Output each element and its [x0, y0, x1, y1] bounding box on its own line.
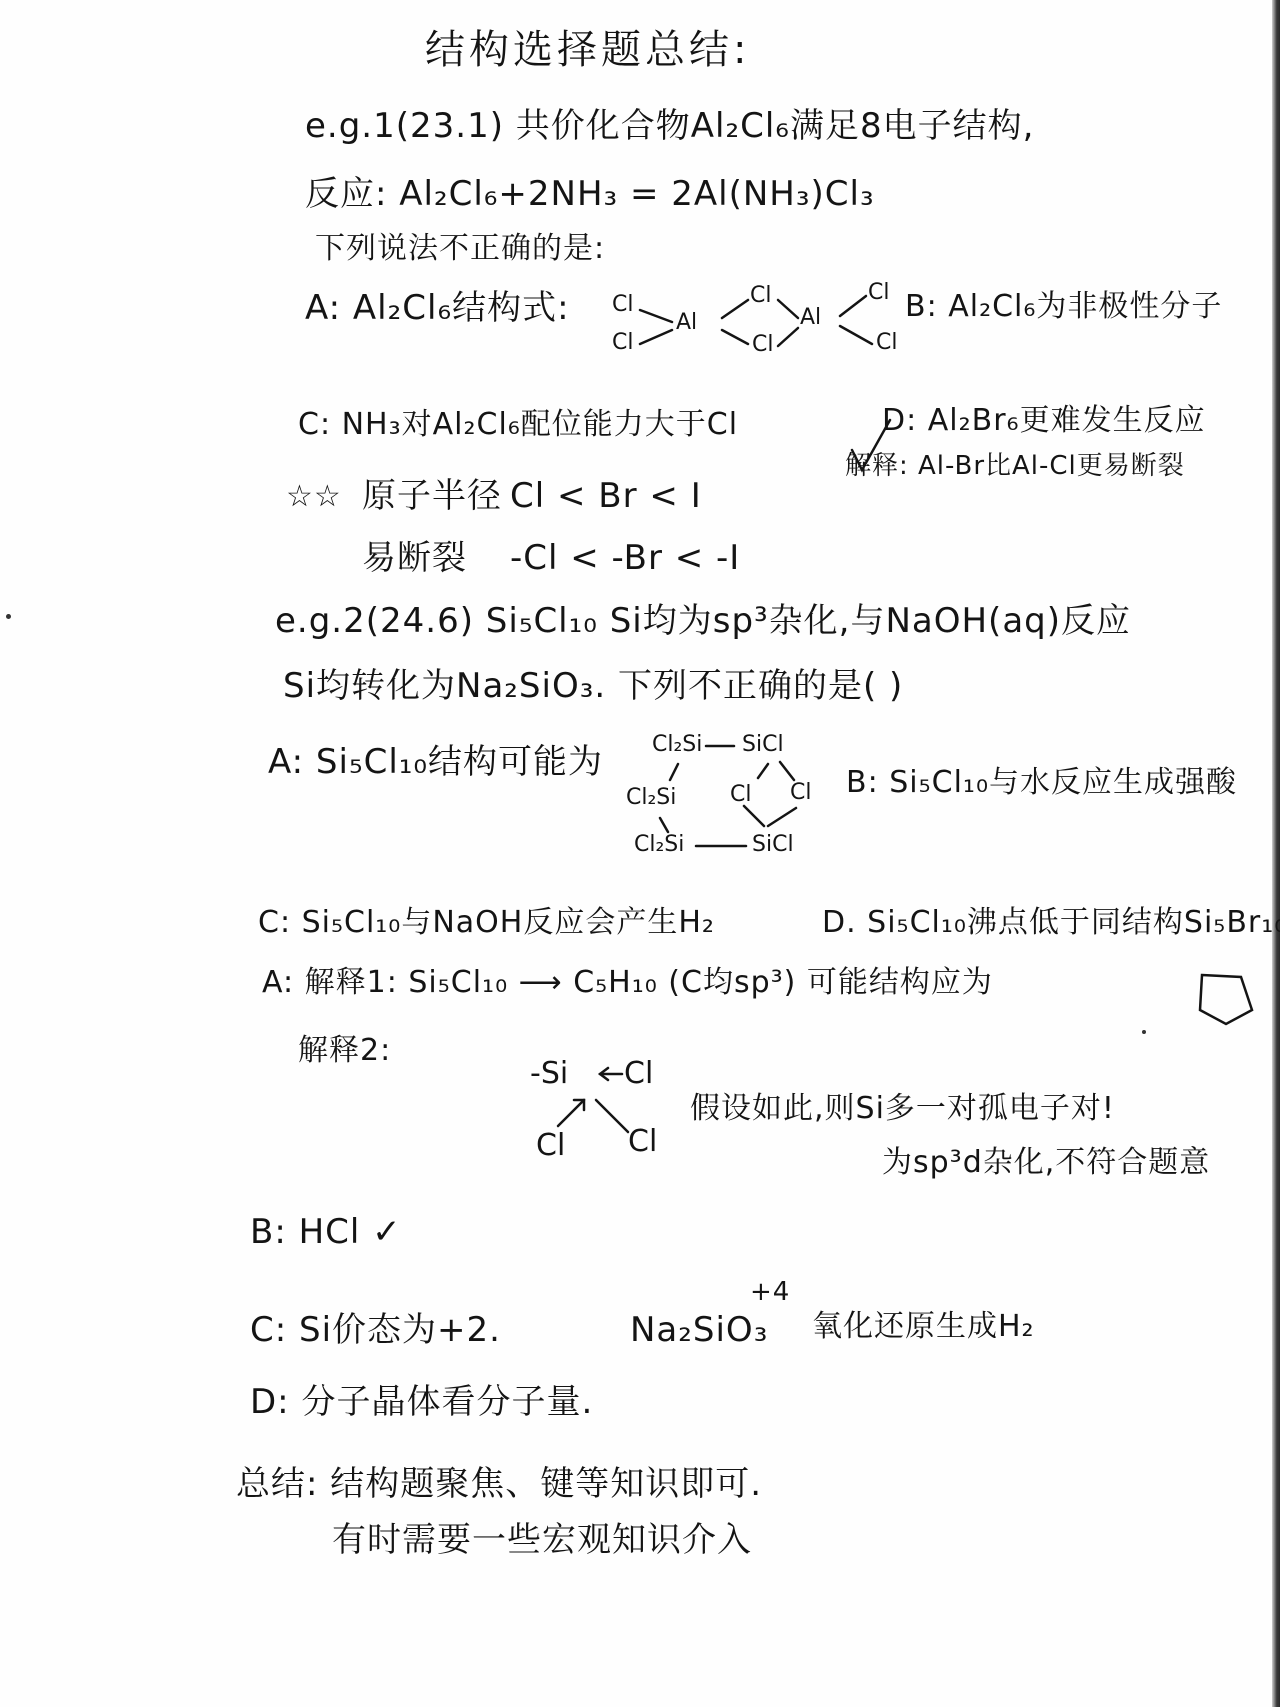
example1-option-d-explanation: 解释: Al-Br比Al-Cl更易断裂 [845, 452, 1185, 481]
explanation-a1: A: 解释1: Si₅Cl₁₀ ⟶ C₅H₁₀ (C均sp³) 可能结构应为 [262, 966, 993, 999]
example2-option-a-label: A: Si₅Cl₁₀结构可能为 [268, 744, 603, 781]
example1-option-c: C: NH₃对Al₂Cl₆配位能力大于Cl [298, 408, 738, 441]
explanation-a2-label: 解释2: [298, 1034, 391, 1067]
paper-speck [1142, 1030, 1146, 1034]
explanation-c-suffix: 氧化还原生成H₂ [812, 1310, 1035, 1343]
example1-question: 下列说法不正确的是: [315, 232, 605, 265]
example1-reaction: 反应: Al₂Cl₆+2NH₃ = 2Al(NH₃)Cl₃ [305, 176, 875, 213]
explanation-c-compound: Na₂SiO₃ [630, 1312, 768, 1349]
notebook-page: 结构选择题总结: e.g.1(23.1) 共价化合物Al₂Cl₆满足8电子结构,… [0, 0, 1280, 1707]
explanation-a2-text-1: 假设如此,则Si多一对孤电子对! [690, 1092, 1115, 1125]
explanation-c-prefix: C: Si价态为+2. [250, 1312, 501, 1349]
page-edge-shadow [1272, 0, 1280, 1707]
explanation-b: B: HCl ✓ [250, 1214, 402, 1251]
star-marker: ☆☆ [286, 480, 342, 513]
example1-header: e.g.1(23.1) 共价化合物Al₂Cl₆满足8电子结构, [305, 108, 1034, 145]
break-label: 易断裂 [362, 540, 467, 577]
example2-header-2: Si均转化为Na₂SiO₃. 下列不正确的是( ) [283, 668, 903, 705]
example1-option-d: D: Al₂Br₆更难发生反应 [882, 404, 1206, 437]
break-order: -Cl < -Br < -I [510, 540, 740, 577]
example2-header: e.g.2(24.6) Si₅Cl₁₀ Si均为sp³杂化,与NaOH(aq)反… [275, 603, 1131, 640]
radius-order: Cl < Br < I [510, 478, 702, 515]
paper-speck [6, 614, 11, 619]
summary-line-1: 总结: 结构题聚焦、键等知识即可. [236, 1466, 762, 1503]
radius-label: 原子半径 [362, 478, 502, 515]
example2-option-c: C: Si₅Cl₁₀与NaOH反应会产生H₂ [258, 906, 715, 939]
summary-line-2: 有时需要一些宏观知识介入 [332, 1522, 752, 1559]
page-title: 结构选择题总结: [425, 28, 750, 72]
example1-option-b: B: Al₂Cl₆为非极性分子 [905, 290, 1222, 323]
explanation-a2-text-2: 为sp³d杂化,不符合题意 [882, 1146, 1210, 1179]
coordinate-bond-arrows [0, 0, 1, 1]
example2-option-d: D. Si₅Cl₁₀沸点低于同结构Si₅Br₁₀ [822, 906, 1280, 939]
example2-option-b: B: Si₅Cl₁₀与水反应生成强酸 [846, 766, 1237, 799]
explanation-d: D: 分子晶体看分子量. [250, 1384, 593, 1421]
oxidation-state-label: +4 [750, 1278, 790, 1307]
example1-option-a-label: A: Al₂Cl₆结构式: [305, 290, 570, 327]
